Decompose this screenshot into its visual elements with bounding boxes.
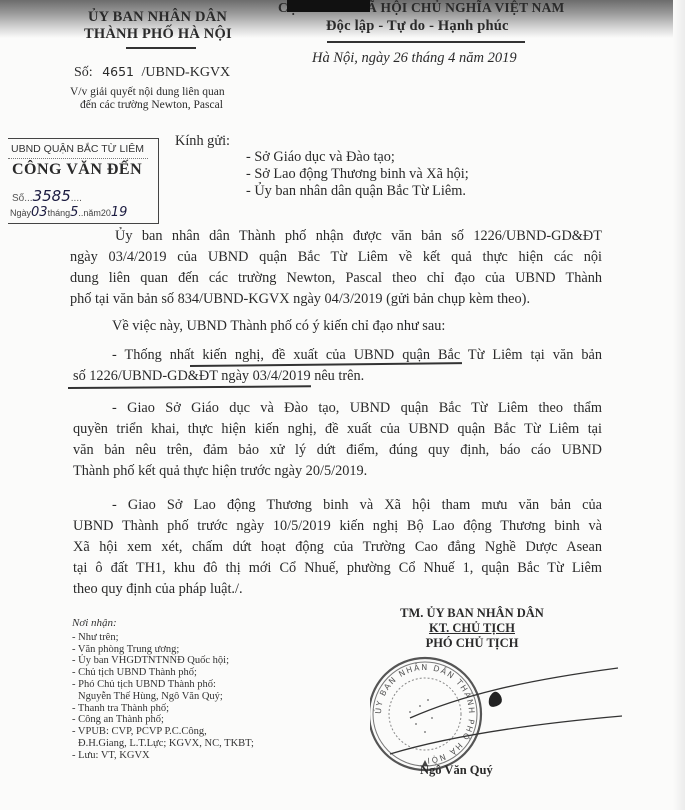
subject-line1: V/v giải quyết nội dung liên quan <box>70 86 225 98</box>
stamp-title: CÔNG VĂN ĐẾN <box>12 161 142 179</box>
scan-right-edge <box>673 0 685 810</box>
stamp-org: UBND QUẬN BẮC TỪ LIÊM <box>11 143 144 155</box>
recipient-item: Đ.H.Giang, L.T.Lực; KGVX, NC, TKBT; <box>72 738 254 750</box>
recipient-item: - Thanh tra Thành phố; <box>72 703 254 715</box>
recipient-item: - VPUB: CVP, PCVP P.C.Công, <box>72 726 254 738</box>
recipient-item: - Phó Chủ tịch UBND Thành phố: <box>72 679 254 691</box>
subject-line2: đến các trường Newton, Pascal <box>80 99 223 111</box>
stamp-date-prefix: Ngày <box>10 208 31 218</box>
body-para4-line: Thành phố kết quả thực hiện trước ngày 2… <box>73 463 367 480</box>
body-para1-line: phố tại văn bản số 834/UBND-KGVX ngày 04… <box>70 291 530 308</box>
redaction-bar <box>287 0 370 12</box>
issuing-org-line2: THÀNH PHỐ HÀ NỘI <box>84 26 232 43</box>
handwritten-underline <box>68 385 311 388</box>
issuing-org-line1: ỦY BAN NHÂN DÂN <box>88 9 227 26</box>
addressee-item: - Sở Lao động Thương binh và Xã hội; <box>246 166 469 183</box>
signature-line2: KT. CHỦ TỊCH <box>372 621 572 636</box>
nation-motto: Độc lập - Tự do - Hạnh phúc <box>326 18 509 35</box>
place-date: Hà Nội, ngày 26 tháng 4 năm 2019 <box>312 50 517 67</box>
svg-text:ỦY BAN NHÂN DÂN THÀNH PHỐ HÀ N: ỦY BAN NHÂN DÂN THÀNH PHỐ HÀ NỘI <box>372 661 476 767</box>
stamp-year-label: ..năm20 <box>78 208 111 218</box>
official-seal-and-signature-icon: ỦY BAN NHÂN DÂN THÀNH PHỐ HÀ NỘI <box>370 636 630 776</box>
body-para1-line: Ủy ban nhân dân Thành phố nhận được văn … <box>115 228 602 245</box>
addressee-item: - Ủy ban nhân dân quận Bắc Từ Liêm. <box>246 183 466 200</box>
body-para1-line: ngày 03/4/2019 của UBND quận Bắc Từ Liêm… <box>70 249 602 266</box>
scanned-document-page: ỦY BAN NHÂN DÂN THÀNH PHỐ HÀ NỘI CỘNG HÒ… <box>0 0 685 810</box>
body-para1-line: dung liên quan đến các trường Newton, Pa… <box>70 270 602 287</box>
recipient-item: - Ủy ban VHGDTNTNNĐ Quốc hội; <box>72 655 254 667</box>
body-para4-line: quyền triển khai, thực hiện kiến nghị, đ… <box>73 421 602 438</box>
stamp-number: Số...3585.... <box>12 187 82 205</box>
body-para5-line: tại ô đất TH1, khu đô thị mới Cổ Nhuế, p… <box>73 560 602 577</box>
header-left-rule <box>126 47 196 49</box>
stamp-date: Ngày03tháng5..năm2019 <box>10 205 127 220</box>
recipient-item: - Lưu: VT, KGVX <box>72 750 254 762</box>
body-para3-line: - Thống nhất kiến nghị, đề xuất của UBND… <box>112 347 602 364</box>
body-para5-line: Xã hội xem xét, chấm dứt hoạt động của T… <box>73 539 602 556</box>
stamp-month-label: tháng <box>48 208 71 218</box>
recipient-item: - Chủ tịch UBND Thành phố; <box>72 667 254 679</box>
stamp-day: 03 <box>31 205 48 220</box>
incoming-document-stamp: UBND QUẬN BẮC TỪ LIÊM CÔNG VĂN ĐẾN Số...… <box>8 138 159 224</box>
doc-number-label: Số: <box>74 65 93 80</box>
body-para4-line: văn bản nêu trên, đảm bảo xử lý dứt điểm… <box>73 442 602 459</box>
recipient-item: - Văn phòng Trung ương; <box>72 644 254 656</box>
stamp-number-label: Số... <box>12 193 33 204</box>
body-para4-line: - Giao Sở Giáo dục và Đào tạo, UBND quận… <box>112 400 602 417</box>
recipient-item: - Như trên; <box>72 632 254 644</box>
addressee-item: - Sở Giáo dục và Đào tạo; <box>246 149 395 166</box>
stamp-year: 19 <box>111 205 128 220</box>
document-number: Số: 4651 /UBND-KGVX <box>74 64 230 81</box>
stamp-number-value: 3585 <box>33 187 71 205</box>
signer-name: Ngô Văn Quý <box>420 763 493 778</box>
doc-code: /UBND-KGVX <box>142 65 231 80</box>
body-para2: Về việc này, UBND Thành phố có ý kiến ch… <box>112 318 445 335</box>
recipients-label: Nơi nhận: <box>72 618 254 630</box>
body-para5-line: theo quy định của pháp luật./. <box>73 581 243 598</box>
body-para3-line: số 1226/UBND-GD&ĐT ngày 03/4/2019 nêu tr… <box>73 368 364 385</box>
signature-line1: TM. ỦY BAN NHÂN DÂN <box>372 606 572 621</box>
recipients-block: Nơi nhận: - Như trên; - Văn phòng Trung … <box>72 618 254 762</box>
stamp-divider <box>8 158 148 159</box>
addressee-label: Kính gửi: <box>175 133 230 150</box>
body-para5-line: - Giao Sở Lao động Thương binh và Xã hội… <box>112 497 602 514</box>
body-para5-line: UBND Thành phố trước ngày 10/5/2019 kiến… <box>73 518 602 535</box>
doc-number-value: 4651 <box>102 64 134 79</box>
recipient-item: - Công an Thành phố; <box>72 714 254 726</box>
recipient-item: Nguyễn Thế Hùng, Ngô Văn Quý; <box>72 691 254 703</box>
stamp-number-suffix: .... <box>71 193 82 204</box>
header-right-rule <box>327 41 525 43</box>
